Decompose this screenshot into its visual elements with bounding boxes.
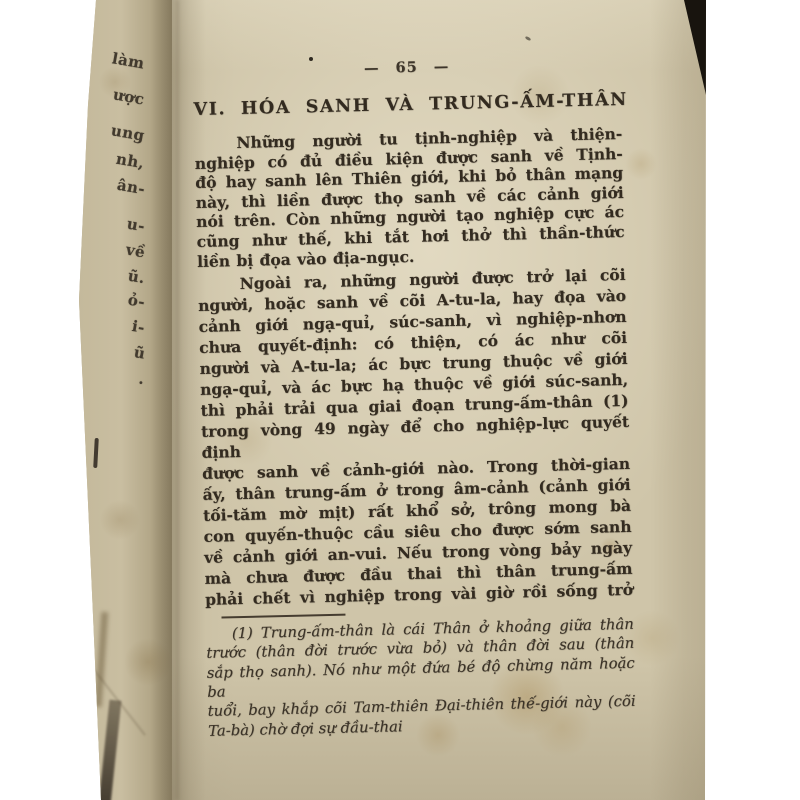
paper-crease bbox=[176, 0, 179, 800]
photo-canvas: làmượcungnh,ân-u-vềũ.ỏ-i-ũ. — 65 — VI. H… bbox=[0, 0, 800, 800]
paragraph-2: Ngoài ra, những người được trở lại cõing… bbox=[197, 264, 633, 610]
paragraph-1: Những người tu tịnh-nghiệp và thiện-nghi… bbox=[194, 124, 625, 271]
book-page-photo: làmượcungnh,ân-u-vềũ.ỏ-i-ũ. — 65 — VI. H… bbox=[0, 0, 800, 800]
chapter-title: VI. HÓA SANH VÀ TRUNG-ẤM-THÂN bbox=[193, 89, 621, 121]
page-number: — 65 — bbox=[192, 54, 620, 82]
page-text: — 65 — VI. HÓA SANH VÀ TRUNG-ẤM-THÂN Nhữ… bbox=[191, 0, 637, 775]
footnote: (1) Trung-ấm-thân là cái Thân ở khoảng g… bbox=[206, 615, 637, 741]
footnote-rule bbox=[221, 614, 345, 619]
page-edge-mark bbox=[76, 33, 82, 49]
